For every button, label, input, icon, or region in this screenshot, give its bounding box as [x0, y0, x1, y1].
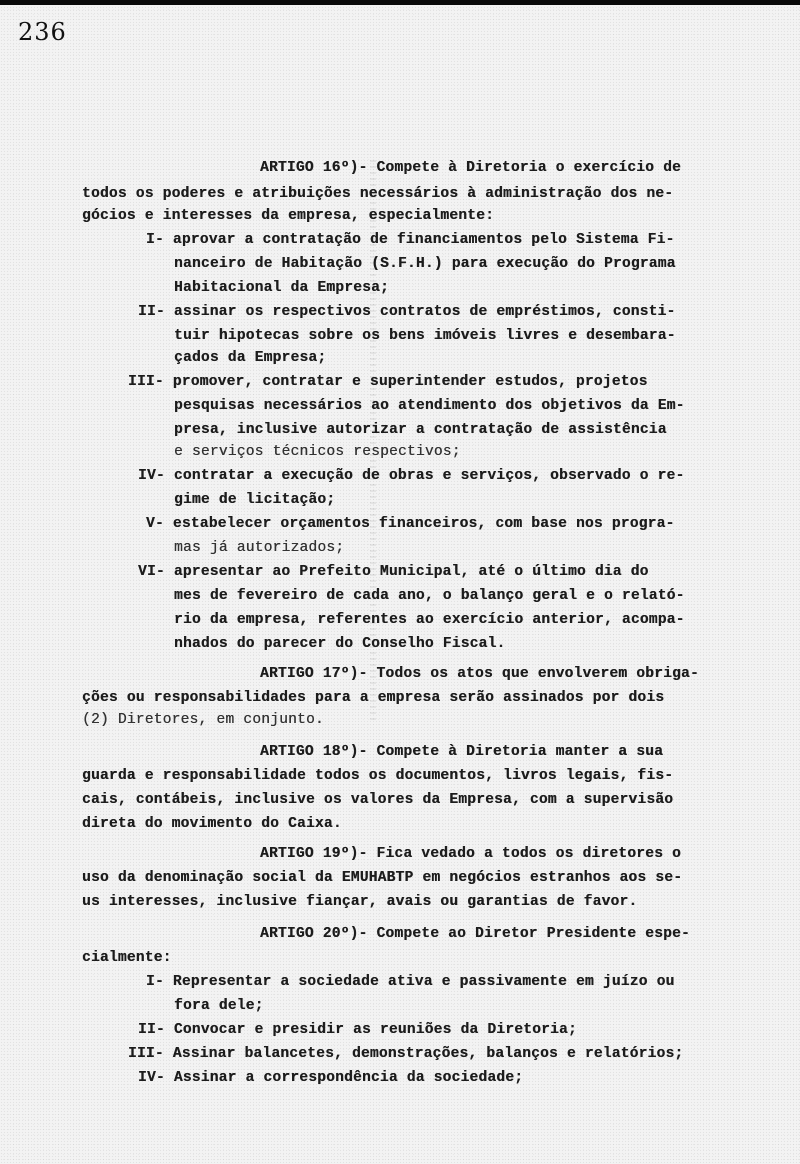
text-line: ções ou responsabilidades para a empresa… — [82, 690, 664, 706]
text-line: (2) Diretores, em conjunto. — [82, 712, 324, 728]
artigo-16-heading: ARTIGO 16º)- Compete à Diretoria o exerc… — [260, 160, 681, 176]
list-item-iv: IV- Assinar a correspondência da socieda… — [138, 1070, 523, 1086]
list-item-i: I- Representar a sociedade ativa e passi… — [146, 974, 675, 990]
list-item-i: I- aprovar a contratação de financiament… — [146, 232, 675, 248]
text-line: rio da empresa, referentes ao exercício … — [174, 612, 685, 628]
list-item-iii: III- Assinar balancetes, demonstrações, … — [128, 1046, 683, 1062]
text-line: nanceiro de Habitação (S.F.H.) para exec… — [174, 256, 676, 272]
text-line: uso da denominação social da EMUHABTP em… — [82, 870, 682, 886]
artigo-17-heading: ARTIGO 17º)- Todos os atos que envolvere… — [260, 666, 699, 682]
page-number: 236 — [18, 18, 67, 46]
text-line: mas já autorizados; — [174, 540, 344, 556]
text-line: cais, contábeis, inclusive os valores da… — [82, 792, 673, 808]
text-line: nhados do parecer do Conselho Fiscal. — [174, 636, 505, 652]
text-line: e serviços técnicos respectivos; — [174, 444, 461, 460]
list-item-v: V- estabelecer orçamentos financeiros, c… — [146, 516, 675, 532]
text-line: fora dele; — [174, 998, 264, 1014]
scan-top-border — [0, 0, 800, 5]
text-line: Habitacional da Empresa; — [174, 280, 389, 296]
artigo-18-heading: ARTIGO 18º)- Compete à Diretoria manter … — [260, 744, 663, 760]
artigo-19-heading: ARTIGO 19º)- Fica vedado a todos os dire… — [260, 846, 681, 862]
text-line: tuir hipotecas sobre os bens imóveis liv… — [174, 328, 676, 344]
text-line: pesquisas necessários ao atendimento dos… — [174, 398, 685, 414]
list-item-iii: III- promover, contratar e superintender… — [128, 374, 648, 390]
text-line: gócios e interesses da empresa, especial… — [82, 208, 494, 224]
list-item-vi: VI- apresentar ao Prefeito Municipal, at… — [138, 564, 649, 580]
list-item-iv: IV- contratar a execução de obras e serv… — [138, 468, 684, 484]
text-line: direta do movimento do Caixa. — [82, 816, 342, 832]
text-line: presa, inclusive autorizar a contratação… — [174, 422, 667, 438]
list-item-ii: II- assinar os respectivos contratos de … — [138, 304, 675, 320]
artigo-20-heading: ARTIGO 20º)- Compete ao Diretor Presiden… — [260, 926, 690, 942]
text-line: çados da Empresa; — [174, 350, 326, 366]
text-line: guarda e responsabilidade todos os docum… — [82, 768, 673, 784]
text-line: us interesses, inclusive fiançar, avais … — [82, 894, 637, 910]
text-line: todos os poderes e atribuições necessári… — [82, 186, 673, 202]
text-line: cialmente: — [82, 950, 172, 966]
text-line: gime de licitação; — [174, 492, 335, 508]
list-item-ii: II- Convocar e presidir as reuniões da D… — [138, 1022, 577, 1038]
text-line: mes de fevereiro de cada ano, o balanço … — [174, 588, 685, 604]
